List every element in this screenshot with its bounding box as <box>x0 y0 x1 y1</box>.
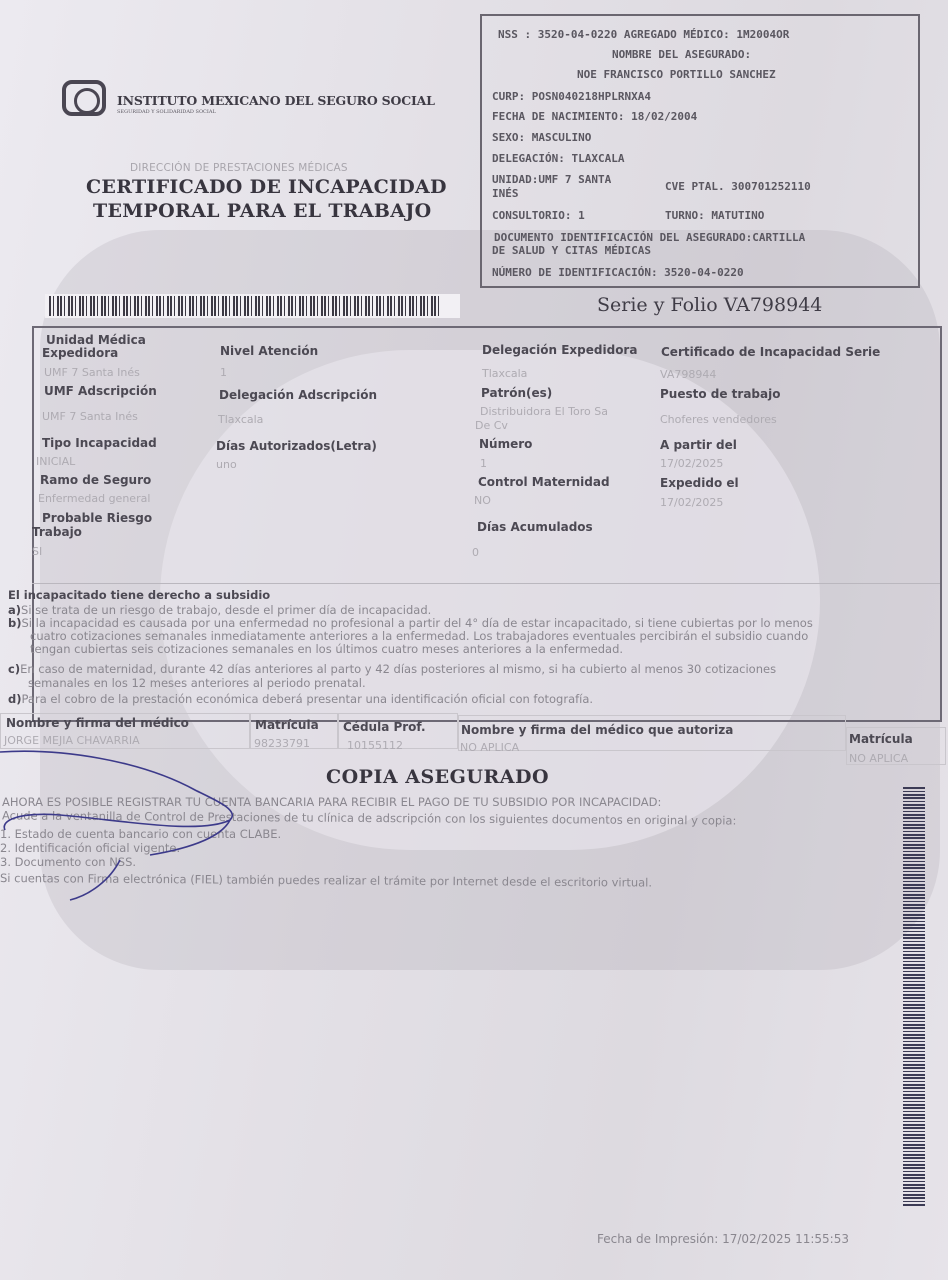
value-delegacion-adscripcion: Tlaxcala <box>218 413 263 426</box>
subsidio-a-text: Si se trata de un riesgo de trabajo, des… <box>21 603 431 617</box>
label-umf-adscripcion: UMF Adscripción <box>44 384 157 398</box>
birth-date: FECHA DE NACIMIENTO: 18/02/2004 <box>492 110 697 123</box>
marker-c: c) <box>8 662 20 676</box>
subsidio-b-line2: cuatro cotizaciones semanales inmediatam… <box>30 629 808 643</box>
delegation: DELEGACIÓN: TLAXCALA <box>492 152 624 165</box>
label-nivel-atencion: Nivel Atención <box>220 344 318 358</box>
label-cedula: Cédula Prof. <box>343 720 426 734</box>
value-numero: 1 <box>480 457 487 470</box>
unit-line1: UNIDAD:UMF 7 SANTA <box>492 173 611 186</box>
label-numero: Número <box>479 437 532 451</box>
subsidio-c: c)En caso de maternidad, durante 42 días… <box>8 662 776 676</box>
institution-name: INSTITUTO MEXICANO DEL SEGURO SOCIAL <box>117 93 435 108</box>
marker-a: a) <box>8 603 21 617</box>
imss-logo-icon <box>62 80 106 116</box>
label-patron: Patrón(es) <box>481 386 552 400</box>
insured-name: NOE FRANCISCO PORTILLO SANCHEZ <box>577 68 776 81</box>
label-delegacion-adscripcion: Delegación Adscripción <box>219 388 377 402</box>
value-puesto: Choferes vendedores <box>660 413 777 426</box>
label-unidad-medica-2: Expedidora <box>42 346 118 360</box>
value-cedula: 10155112 <box>347 739 403 752</box>
sex: SEXO: MASCULINO <box>492 131 591 144</box>
direction-line: DIRECCIÓN DE PRESTACIONES MÉDICAS <box>130 162 348 174</box>
label-medico: Nombre y firma del médico <box>6 716 189 730</box>
marker-b: b) <box>8 616 22 630</box>
turno: TURNO: MATUTINO <box>665 209 764 222</box>
label-matricula: Matrícula <box>255 718 319 732</box>
subsidio-title: El incapacitado tiene derecho a subsidio <box>8 588 270 602</box>
document-title-line2: TEMPORAL PARA EL TRABAJO <box>93 200 431 222</box>
label-unidad-medica-1: Unidad Médica <box>46 333 146 347</box>
value-dias-autorizados: uno <box>216 458 237 471</box>
document-title-line1: CERTIFICADO DE INCAPACIDAD <box>86 176 447 198</box>
subsidio-c-line1: En caso de maternidad, durante 42 días a… <box>20 662 776 676</box>
label-matricula2: Matrícula <box>849 732 913 746</box>
subsidio-a: a)Si se trata de un riesgo de trabajo, d… <box>8 603 431 617</box>
section-divider <box>32 583 940 584</box>
id-number: NÚMERO DE IDENTIFICACIÓN: 3520-04-0220 <box>492 266 744 279</box>
unit-line2: INÉS <box>492 187 519 200</box>
value-patron-2: De Cv <box>475 419 508 432</box>
consultorio: CONSULTORIO: 1 <box>492 209 585 222</box>
insured-info-box: NSS : 3520-04-0220 AGREGADO MÉDICO: 1M20… <box>480 14 920 288</box>
serie-folio: Serie y Folio VA798944 <box>597 294 822 316</box>
id-document-line1: DOCUMENTO IDENTIFICACIÓN DEL ASEGURADO:C… <box>494 231 805 244</box>
value-expedido: 17/02/2025 <box>660 496 723 509</box>
subsidio-c-line2: semanales en los 12 meses anteriores al … <box>28 676 366 690</box>
label-control-maternidad: Control Maternidad <box>478 475 610 489</box>
label-a-partir: A partir del <box>660 438 737 452</box>
id-document-line2: DE SALUD Y CITAS MÉDICAS <box>492 244 651 257</box>
value-umf-adscripcion: UMF 7 Santa Inés <box>42 410 138 423</box>
value-riesgo-trabajo: SI <box>32 545 42 558</box>
value-dias-acumulados: 0 <box>472 546 479 559</box>
label-riesgo-trabajo-2: Trabajo <box>32 525 82 539</box>
label-riesgo-trabajo-1: Probable Riesgo <box>42 511 152 525</box>
value-autoriza: NO APLICA <box>460 741 519 754</box>
label-dias-autorizados: Días Autorizados(Letra) <box>216 439 377 453</box>
subsidio-b-line3: tengan cubiertas seis cotizaciones seman… <box>30 642 623 656</box>
institution-subtitle: SEGURIDAD Y SOLIDARIDAD SOCIAL <box>117 109 216 115</box>
copia-asegurado-heading: COPIA ASEGURADO <box>326 766 549 788</box>
label-ramo-seguro: Ramo de Seguro <box>40 473 151 487</box>
value-a-partir: 17/02/2025 <box>660 457 723 470</box>
print-date: Fecha de Impresión: 17/02/2025 11:55:53 <box>597 1232 849 1246</box>
label-delegacion-expedidora: Delegación Expedidora <box>482 343 637 357</box>
label-expedido: Expedido el <box>660 476 739 490</box>
curp: CURP: POSN040218HPLRNXA4 <box>492 90 651 103</box>
nss-line: NSS : 3520-04-0220 AGREGADO MÉDICO: 1M20… <box>498 28 789 41</box>
subsidio-b: b)Si la incapacidad es causada por una e… <box>8 616 813 630</box>
value-unidad-medica: UMF 7 Santa Inés <box>44 366 140 379</box>
cve-ptal: CVE PTAL. 300701252110 <box>665 180 811 193</box>
pen-signature-scribble <box>0 740 260 910</box>
insured-name-label: NOMBRE DEL ASEGURADO: <box>612 48 751 61</box>
horizontal-barcode <box>45 294 460 318</box>
value-delegacion-expedidora: Tlaxcala <box>482 367 527 380</box>
label-puesto: Puesto de trabajo <box>660 387 780 401</box>
value-tipo-incapacidad: INICIAL <box>36 455 75 468</box>
label-cert-serie: Certificado de Incapacidad Serie <box>661 345 880 359</box>
label-tipo-incapacidad: Tipo Incapacidad <box>42 436 157 450</box>
value-ramo-seguro: Enfermedad general <box>38 492 150 505</box>
value-control-maternidad: NO <box>474 494 491 507</box>
value-matricula: 98233791 <box>254 737 310 750</box>
label-autoriza: Nombre y firma del médico que autoriza <box>461 723 733 737</box>
value-cert-serie: VA798944 <box>660 368 716 381</box>
subsidio-d: d)Para el cobro de la prestación económi… <box>8 692 593 706</box>
marker-d: d) <box>8 692 22 706</box>
vertical-barcode <box>903 786 925 1206</box>
label-dias-acumulados: Días Acumulados <box>477 520 593 534</box>
certificate-page: INSTITUTO MEXICANO DEL SEGURO SOCIAL SEG… <box>0 0 948 1280</box>
subsidio-b-line1: Si la incapacidad es causada por una enf… <box>22 616 813 630</box>
value-nivel-atencion: 1 <box>220 366 227 379</box>
value-matricula2: NO APLICA <box>849 752 908 765</box>
subsidio-d-text: Para el cobro de la prestación económica… <box>22 692 594 706</box>
value-patron-1: Distribuidora El Toro Sa <box>480 405 608 418</box>
